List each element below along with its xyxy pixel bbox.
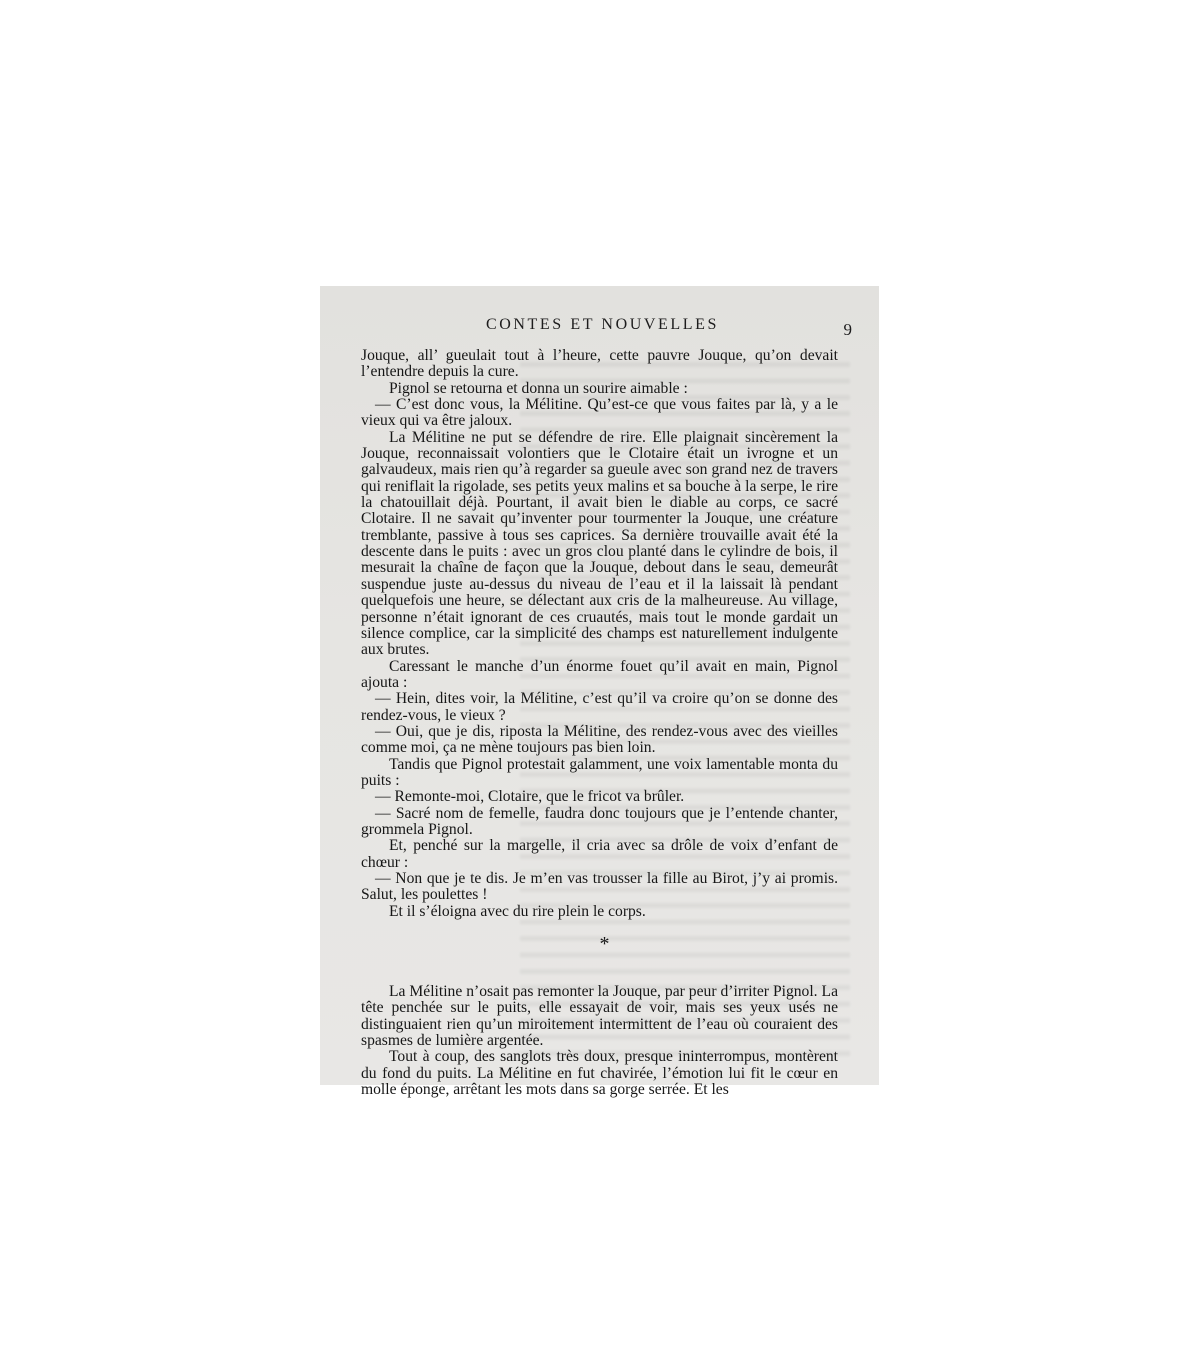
paragraph: Jouque, all’ gueulait tout à l’heure, ce…	[361, 348, 838, 381]
paragraph: Tandis que Pignol protestait galamment, …	[361, 757, 838, 790]
paragraph: La Mélitine n’osait pas remonter la Jouq…	[361, 984, 838, 1049]
dialogue-line: — Remonte-moi, Clotaire, que le fricot v…	[361, 789, 838, 805]
body-text: Jouque, all’ gueulait tout à l’heure, ce…	[361, 348, 838, 1098]
dialogue-line: — Hein, dites voir, la Mélitine, c’est q…	[361, 691, 838, 724]
page-header: CONTES ET NOUVELLES 9	[320, 316, 879, 340]
dialogue-line: — Oui, que je dis, riposta la Mélitine, …	[361, 724, 838, 757]
section-break: *	[361, 920, 838, 984]
paragraph: Tout à coup, des sanglots très doux, pre…	[361, 1049, 838, 1098]
running-title: CONTES ET NOUVELLES	[320, 316, 879, 334]
dialogue-line: — Sacré nom de femelle, faudra donc touj…	[361, 806, 838, 839]
dialogue-line: — Non que je te dis. Je m’en vas trousse…	[361, 871, 838, 904]
paragraph: Caressant le manche d’un énorme fouet qu…	[361, 659, 838, 692]
book-page: CONTES ET NOUVELLES 9 Jouque, all’ gueul…	[320, 286, 879, 1085]
asterism: *	[361, 936, 838, 952]
paragraph: La Mélitine ne put se défendre de rire. …	[361, 430, 838, 659]
paragraph: Pignol se retourna et donna un sourire a…	[361, 381, 838, 397]
dialogue-line: — C’est donc vous, la Mélitine. Qu’est-c…	[361, 397, 838, 430]
paragraph: Et il s’éloigna avec du rire plein le co…	[361, 904, 838, 920]
paragraph: Et, penché sur la margelle, il cria avec…	[361, 838, 838, 871]
page-number: 9	[844, 320, 853, 340]
